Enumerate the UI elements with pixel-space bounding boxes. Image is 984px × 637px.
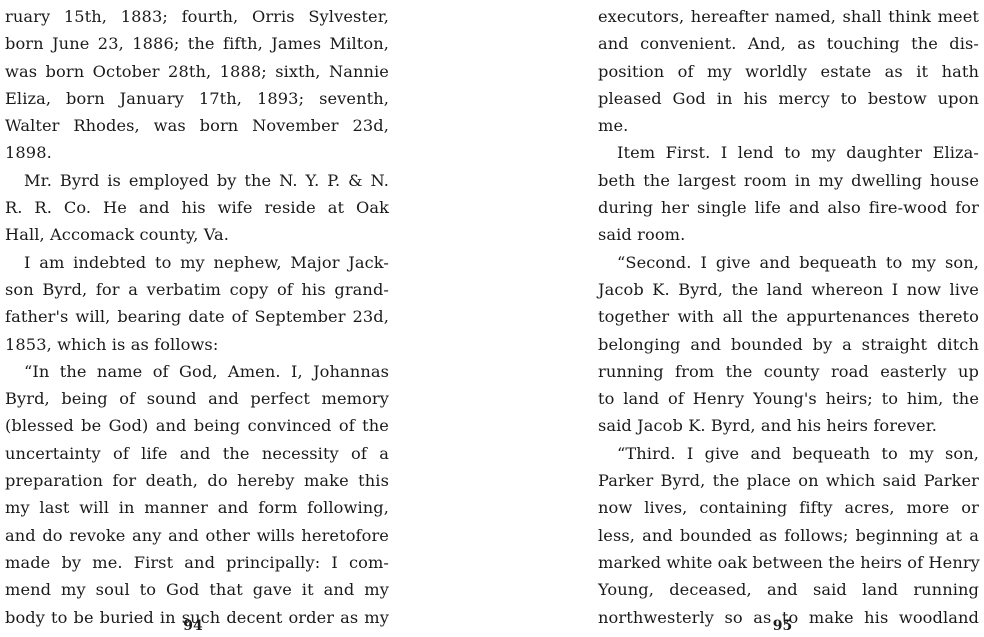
text-line: Byrd, being of sound and perfect memory	[5, 385, 389, 412]
text-line: Parker Byrd, the place on which said Par…	[598, 467, 979, 494]
left-page-text: ruary 15th, 1883; fourth, Orris Sylveste…	[5, 3, 389, 631]
text-line: during her single life and also fire-woo…	[598, 194, 979, 221]
text-line: position of my worldly estate as it hath	[598, 58, 979, 85]
text-line: Eliza, born January 17th, 1893; seventh,	[5, 85, 389, 112]
text-line: and do revoke any and other wills hereto…	[5, 522, 389, 549]
text-line: was born October 28th, 1888; sixth, Nann…	[5, 58, 389, 85]
text-line: to land of Henry Young's heirs; to him, …	[598, 385, 979, 412]
text-line: father's will, bearing date of September…	[5, 303, 389, 330]
text-line: pleased God in his mercy to bestow upon	[598, 85, 979, 112]
text-line: less, and bounded as follows; beginning …	[598, 522, 979, 549]
text-line: (blessed be God) and being convinced of …	[5, 412, 389, 439]
right-page: executors, hereafter named, shall think …	[598, 0, 979, 637]
text-line: “In the name of God, Amen. I, Johannas	[5, 358, 389, 385]
text-line: ruary 15th, 1883; fourth, Orris Sylveste…	[5, 3, 389, 30]
text-line: R. R. Co. He and his wife reside at Oak	[5, 194, 389, 221]
text-line: my last will in manner and form followin…	[5, 494, 389, 521]
text-line: running from the county road easterly up	[598, 358, 979, 385]
text-line: mend my soul to God that gave it and my	[5, 576, 389, 603]
text-line: son Byrd, for a verbatim copy of his gra…	[5, 276, 389, 303]
text-line: belonging and bounded by a straight ditc…	[598, 331, 979, 358]
text-line: me.	[598, 112, 979, 139]
text-line: preparation for death, do hereby make th…	[5, 467, 389, 494]
text-line: “Second. I give and bequeath to my son,	[598, 249, 979, 276]
text-line: Walter Rhodes, was born November 23d,	[5, 112, 389, 139]
text-line: made by me. First and principally: I com…	[5, 549, 389, 576]
left-page: ruary 15th, 1883; fourth, Orris Sylveste…	[5, 0, 389, 637]
text-line: 1898.	[5, 139, 389, 166]
text-line: together with all the appurtenances ther…	[598, 303, 979, 330]
text-line: and convenient. And, as touching the dis…	[598, 30, 979, 57]
text-line: Jacob K. Byrd, the land whereon I now li…	[598, 276, 979, 303]
text-line: 1853, which is as follows:	[5, 331, 389, 358]
text-line: said Jacob K. Byrd, and his heirs foreve…	[598, 412, 979, 439]
text-line: marked white oak between the heirs of He…	[598, 549, 979, 576]
text-line: born June 23, 1886; the fifth, James Mil…	[5, 30, 389, 57]
text-line: beth the largest room in my dwelling hou…	[598, 167, 979, 194]
text-line: Hall, Accomack county, Va.	[5, 221, 389, 248]
text-line: uncertainty of life and the necessity of…	[5, 440, 389, 467]
text-line: Item First. I lend to my daughter Eliza-	[598, 139, 979, 166]
text-line: “Third. I give and bequeath to my son,	[598, 440, 979, 467]
right-page-text: executors, hereafter named, shall think …	[598, 3, 979, 631]
text-line: Mr. Byrd is employed by the N. Y. P. & N…	[5, 167, 389, 194]
text-line: said room.	[598, 221, 979, 248]
text-line: executors, hereafter named, shall think …	[598, 3, 979, 30]
text-line: I am indebted to my nephew, Major Jack-	[5, 249, 389, 276]
page-number-right: 95	[586, 616, 979, 636]
text-line: Young, deceased, and said land running	[598, 576, 979, 603]
page-number-left: 94	[0, 616, 389, 636]
text-line: now lives, containing fifty acres, more …	[598, 494, 979, 521]
